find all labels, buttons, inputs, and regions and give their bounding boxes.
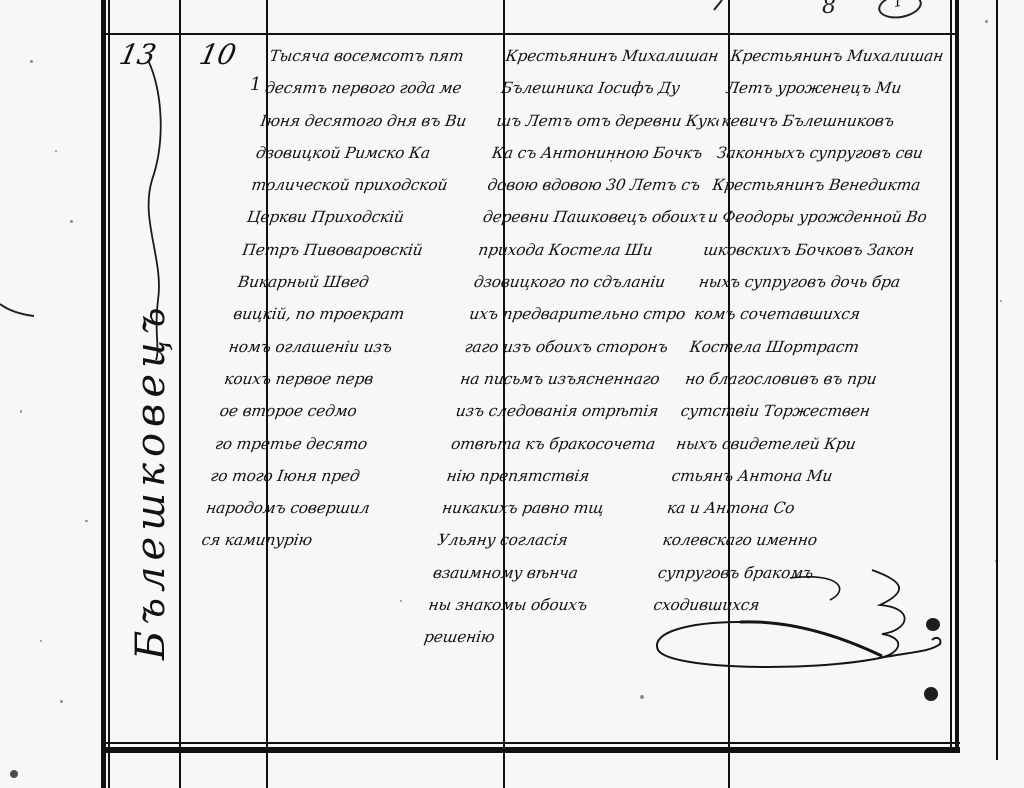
- text-line: ныхъ свидетелей Кри: [674, 428, 897, 460]
- text-line: Ульяну согласія: [435, 524, 662, 556]
- paper-speck: [70, 220, 73, 223]
- scanned-document-page: 8 1 13 10 1 Бълешковецъ Тысяча восемсотъ…: [0, 0, 1024, 788]
- circled-number-text: 1: [892, 0, 904, 11]
- text-line: кевичъ Бълешниковъ: [719, 105, 942, 137]
- text-line: Крестьянинъ Михалишан: [728, 40, 951, 72]
- paper-speck: [400, 600, 402, 602]
- right-border-thin: [950, 0, 952, 752]
- text-line: Іюня десятого дня въ Ви: [258, 105, 495, 137]
- paper-speck: [55, 150, 57, 152]
- text-line: прихода Костела Ши: [476, 234, 703, 266]
- text-line: сутствіи Торжествен: [679, 395, 902, 427]
- text-line: нію препятствія: [444, 460, 671, 492]
- header-stroke: [712, 0, 732, 12]
- text-line: Бълешника Іосифъ Ду: [499, 72, 726, 104]
- text-line: Крестьянинъ Венедикта: [710, 169, 933, 201]
- text-line: ое второе седмо: [218, 395, 455, 427]
- text-line: довою вдовою 30 Летъ съ: [485, 169, 712, 201]
- text-line: шковскихъ Бочковъ Закон: [701, 234, 924, 266]
- vertical-name-flourish: [140, 60, 170, 360]
- signature-flourish: [650, 560, 950, 680]
- text-line: номъ оглашеніи изъ: [227, 331, 464, 363]
- text-line: ны знакомы обоихъ: [426, 589, 653, 621]
- paper-speck: [985, 20, 988, 23]
- paper-speck: [40, 640, 42, 642]
- text-line: отвѣта къ бракосочета: [449, 428, 676, 460]
- text-line: ся камипурію: [199, 524, 436, 556]
- text-line: и Феодоры урожденной Во: [706, 201, 929, 233]
- margin-stroke: [0, 300, 40, 340]
- bottom-rule-thick: [104, 747, 960, 753]
- right-border-thick: [955, 0, 959, 752]
- text-line: Ка съ Антонинною Бочкъ: [490, 137, 717, 169]
- text-line: стьянъ Антона Ми: [669, 460, 892, 492]
- text-line: Костела Шортраст: [688, 331, 911, 363]
- text-line: на письмъ изъясненнаго: [458, 363, 685, 395]
- ink-blot: [924, 687, 938, 701]
- text-line: шъ Летъ отъ деревни Куковцъ: [494, 105, 721, 137]
- paper-speck: [20, 410, 22, 413]
- text-line: деревни Пашковецъ обоихъ: [481, 201, 708, 233]
- paper-speck: [1000, 300, 1002, 302]
- page-number-fragment: 8: [822, 0, 836, 19]
- text-line: Крестьянинъ Михалишан: [503, 40, 730, 72]
- bottom-rule-thin: [104, 742, 960, 744]
- text-line: ка и Антона Со: [665, 492, 888, 524]
- text-line: решенію: [422, 621, 649, 653]
- paper-speck: [85, 520, 88, 522]
- page-edge-rule: [996, 0, 998, 760]
- text-line: го того Іюня пред: [208, 460, 445, 492]
- row-top-rule: [104, 33, 956, 35]
- text-line: толической приходской: [249, 169, 486, 201]
- paper-speck: [60, 700, 63, 703]
- paper-speck: [640, 695, 644, 699]
- entry-number-secondary: 10: [196, 38, 239, 71]
- column-rule: [179, 0, 181, 788]
- text-line: комъ сочетавшихся: [692, 298, 915, 330]
- text-line: Тысяча восемсотъ пят: [267, 40, 504, 72]
- text-line: Церкви Приходскій: [245, 201, 482, 233]
- text-line: гаго изъ обоихъ сторонъ: [463, 331, 690, 363]
- paper-speck: [10, 770, 18, 778]
- text-line: вицкій, по троекрат: [231, 298, 468, 330]
- left-border-thick: [101, 0, 106, 788]
- text-line: дзовицкой Римско Ка: [254, 137, 491, 169]
- text-line: коихъ первое перв: [222, 363, 459, 395]
- text-line: Викарный Швед: [236, 266, 473, 298]
- text-line: Законныхъ супруговъ сви: [715, 137, 938, 169]
- text-line: но благословивъ въ при: [683, 363, 906, 395]
- text-line: Петръ Пивоваровскій: [240, 234, 477, 266]
- left-border-thin: [108, 0, 110, 788]
- text-line: колевскаго именно: [660, 524, 883, 556]
- text-line: ныхъ супруговъ дочь бра: [697, 266, 920, 298]
- text-line: дзовицкого по сдъланіи: [472, 266, 699, 298]
- text-line: десятъ первого года ме: [263, 72, 500, 104]
- paper-speck: [30, 60, 33, 63]
- text-line: взаимному вѣнча: [431, 557, 658, 589]
- text-line: народомъ совершил: [204, 492, 441, 524]
- circled-page-number: 1: [876, 0, 923, 22]
- text-line: никакихъ равно тщ: [440, 492, 667, 524]
- text-line: ихъ предварительно стро: [467, 298, 694, 330]
- text-line: изъ следованія отрѣтія: [454, 395, 681, 427]
- text-line: Летъ уроженецъ Ми: [724, 72, 947, 104]
- margin-mark: 1: [250, 74, 261, 95]
- text-line: го третье десято: [213, 428, 450, 460]
